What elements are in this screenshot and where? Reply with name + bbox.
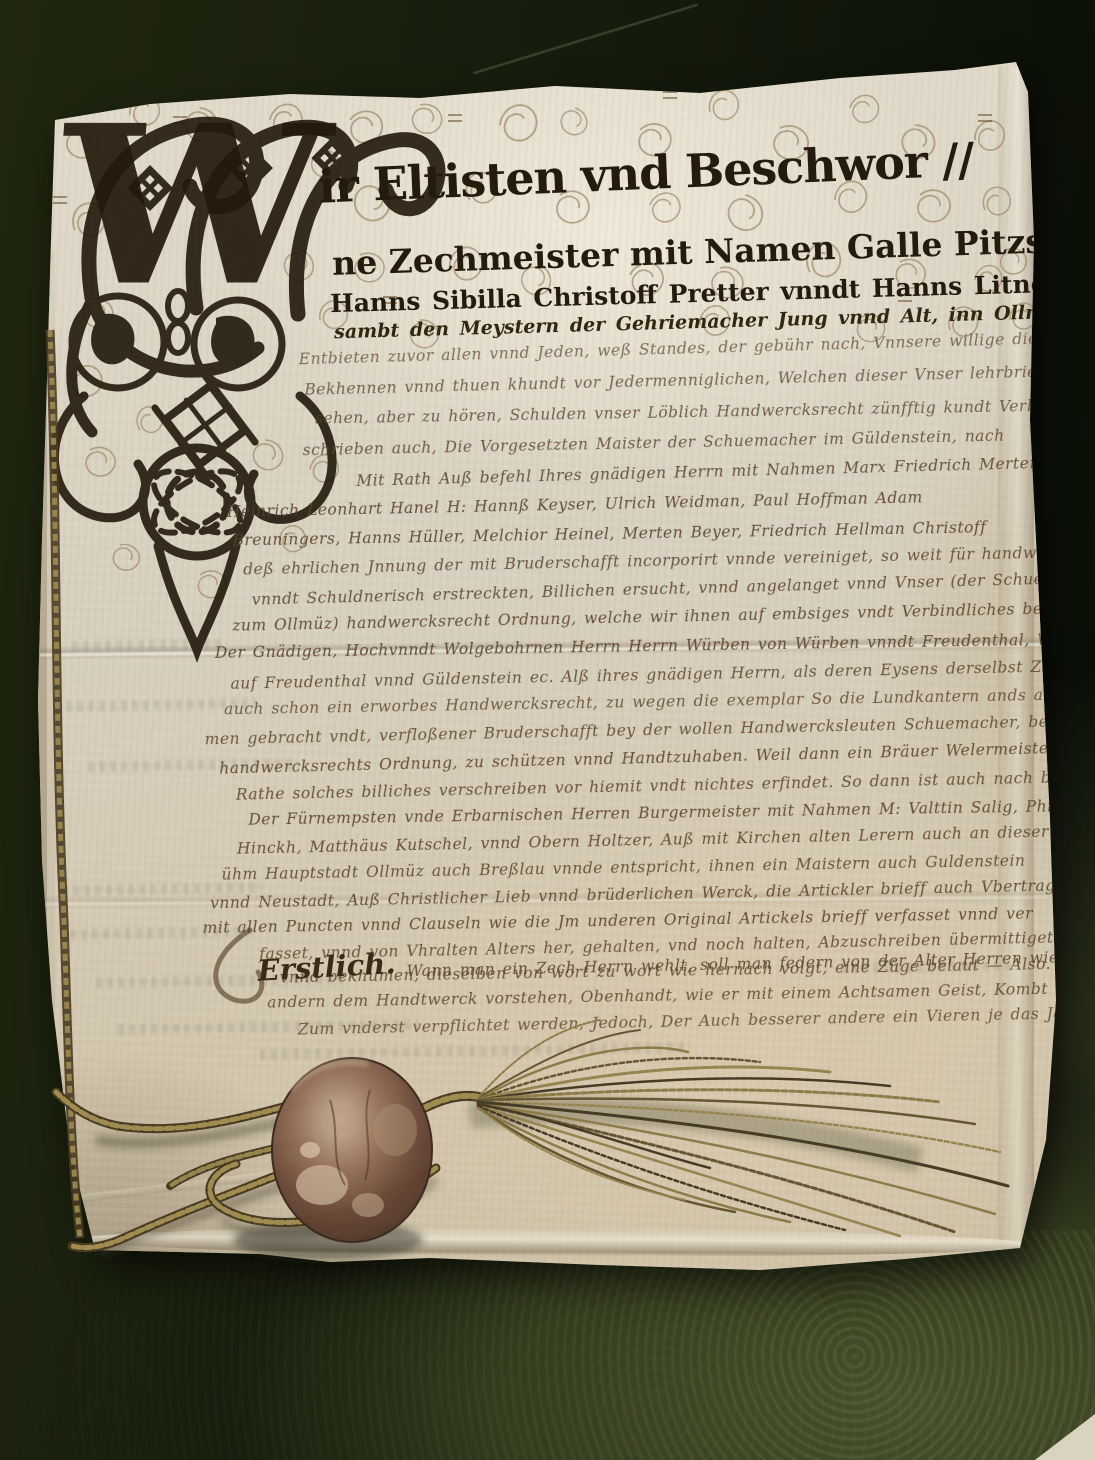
script-line: sehen, aber zu hören, Schulden vnser Löb… — [315, 396, 1095, 428]
parchment-sheet: W ir Eltisten vnd Beschwor // ne Zechmei… — [0, 0, 1095, 1460]
parchment-sheet-wrap: W ir Eltisten vnd Beschwor // ne Zechmei… — [0, 0, 1095, 1460]
script-line: schrieben auch, Die Vorgesetzten Maister… — [302, 427, 1004, 460]
script-line: Mit Rath Auß befehl Ihres gnädigen Herrn… — [356, 454, 1037, 490]
script-line: Entbieten zuvor allen vnnd Jeden, weß St… — [299, 327, 1095, 369]
photo-scene: W ir Eltisten vnd Beschwor // ne Zechmei… — [0, 0, 1095, 1460]
charter-body-text: Entbieten zuvor allen vnnd Jeden, weß St… — [0, 0, 1095, 1460]
script-line: Der Gnädigen, Hochvnndt Wolgebohrnen Her… — [215, 630, 1093, 662]
script-line: Heinrich Leonhart Hanel H: Hannß Keyser,… — [227, 488, 923, 521]
edge-wax-fleck — [31, 193, 49, 243]
script-line: Breuningers, Hanns Hüller, Melchior Hein… — [232, 518, 986, 549]
